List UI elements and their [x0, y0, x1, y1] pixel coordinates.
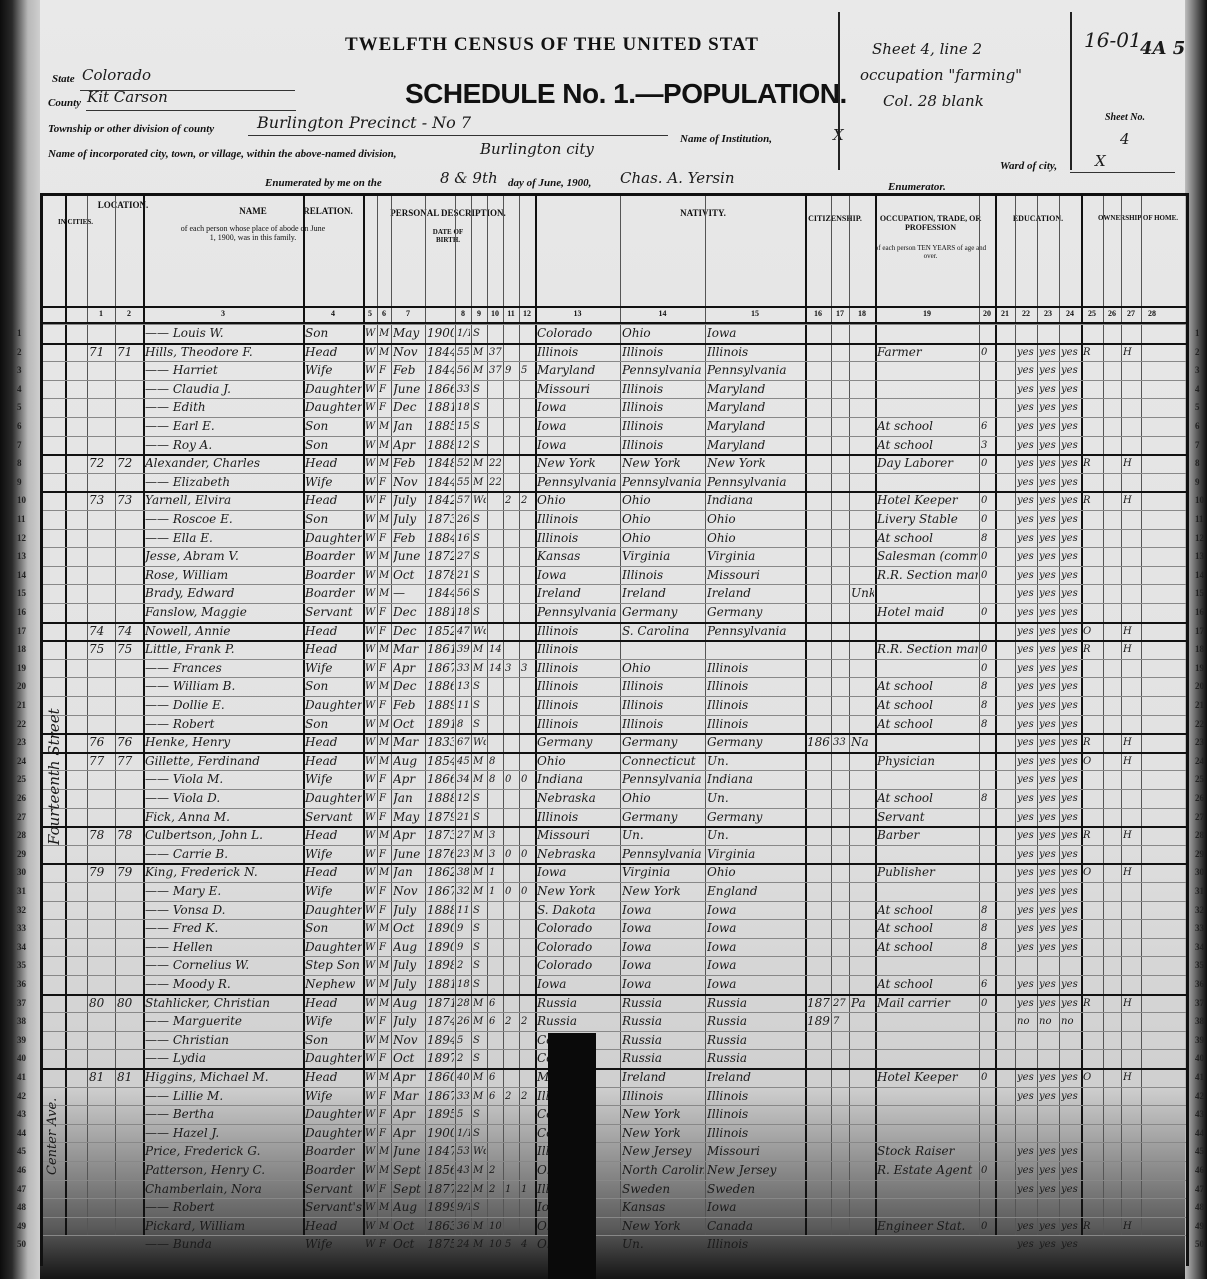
cell-mpob: Missouri: [707, 567, 804, 584]
cell-farm: H: [1123, 492, 1140, 509]
cell-write: yes: [1039, 883, 1058, 900]
cell-age: 18: [457, 604, 470, 621]
line-number: 50: [17, 1239, 26, 1249]
cell-mar: M: [473, 883, 486, 900]
column-number: 17: [831, 309, 849, 318]
cell-name: Pickard, William: [145, 1218, 302, 1235]
cell-rel: Head: [305, 641, 362, 658]
cell-occ: Servant: [877, 809, 978, 826]
column-divider: [979, 196, 980, 1236]
line-number: 16: [17, 607, 26, 617]
cell-yrs: 3: [489, 827, 502, 844]
cell-race: W: [365, 957, 376, 974]
county-value: Kit Carson: [87, 88, 168, 106]
cell-fpob: North Carolina: [622, 1162, 704, 1179]
line-number: 28: [1195, 830, 1204, 840]
cell-fpob: Virginia: [622, 548, 704, 565]
cell-month: Dec: [393, 399, 424, 416]
state-value: Colorado: [82, 66, 151, 84]
cell-name: —— Moody R.: [145, 976, 302, 993]
line-number: 32: [17, 905, 26, 915]
column-divider: [487, 196, 488, 1236]
line-number: 22: [17, 719, 26, 729]
cell-year: 1844: [427, 362, 454, 379]
cell-mar: S: [473, 604, 486, 621]
column-divider: [995, 196, 997, 1236]
cell-farm: H: [1123, 864, 1140, 881]
cell-fpob: New York: [622, 455, 704, 472]
cell-write: yes: [1039, 437, 1058, 454]
line-number: 14: [17, 570, 26, 580]
cell-mar: M: [473, 1013, 486, 1030]
cell-yrs: 3: [489, 846, 502, 863]
cell-mpob: Iowa: [707, 920, 804, 937]
cell-dw: 81: [89, 1069, 114, 1086]
cell-fpob: New Jersey: [622, 1143, 704, 1160]
cell-read: yes: [1017, 623, 1036, 640]
cell-mo: 0: [981, 1218, 994, 1235]
column-divider: [87, 196, 88, 1236]
cell-sex: M: [379, 678, 390, 695]
cell-pob: Kansas: [537, 548, 619, 565]
column-divider: [849, 196, 850, 1236]
cell-own: O: [1083, 1069, 1102, 1086]
cell-mar: S: [473, 325, 486, 342]
cell-month: Dec: [393, 604, 424, 621]
cell-mar: S: [473, 1050, 486, 1067]
cell-occ: Salesman (commercial): [877, 548, 978, 565]
cell-rel: Boarder: [305, 548, 362, 565]
cell-mar: M: [473, 995, 486, 1012]
cell-rel: Daughter: [305, 381, 362, 398]
cell-write: yes: [1039, 753, 1058, 770]
cell-occ: Day Laborer: [877, 455, 978, 472]
cell-mar: S: [473, 1106, 486, 1123]
cell-race: W: [365, 1143, 376, 1160]
cell-pob: Colorado: [537, 939, 619, 956]
cell-sex: M: [379, 567, 390, 584]
cell-age: 1/12: [457, 1125, 470, 1142]
note-line-1: Sheet 4, line 2: [872, 40, 982, 58]
column-number: 23: [1037, 309, 1059, 318]
cell-age: 15: [457, 418, 470, 435]
cell-month: June: [393, 846, 424, 863]
cell-year: 1878: [427, 567, 454, 584]
cell-race: W: [365, 325, 376, 342]
cell-eng: yes: [1061, 548, 1080, 565]
cell-mar: S: [473, 381, 486, 398]
cell-year: 1842: [427, 492, 454, 509]
cell-read: yes: [1017, 902, 1036, 919]
cell-year: 1866: [427, 381, 454, 398]
line-number: 6: [1195, 421, 1200, 431]
cell-liv: 2: [521, 1013, 534, 1030]
cell-year: 1867: [427, 660, 454, 677]
cell-age: 5: [457, 1106, 470, 1123]
cell-rel: Wife: [305, 1236, 362, 1253]
cell-race: W: [365, 474, 376, 491]
cell-own: R: [1083, 734, 1102, 751]
cell-write: yes: [1039, 548, 1058, 565]
header-ownership: OWNERSHIP OF HOME.: [1093, 214, 1183, 222]
cell-sex: F: [379, 530, 390, 547]
cell-month: Oct: [393, 920, 424, 937]
column-number: 19: [875, 309, 979, 318]
cell-name: Gillette, Ferdinand: [145, 753, 302, 770]
cell-year: 1874: [427, 1013, 454, 1030]
cell-age: 18: [457, 976, 470, 993]
cell-month: May: [393, 325, 424, 342]
cell-eng: yes: [1061, 809, 1080, 826]
line-number: 33: [1195, 923, 1204, 933]
cell-mpob: England: [707, 883, 804, 900]
cell-mpob: Indiana: [707, 771, 804, 788]
line-number: 13: [1195, 551, 1204, 561]
cell-occ: At school: [877, 790, 978, 807]
cell-name: —— Robert: [145, 1199, 302, 1216]
cell-mo: 0: [981, 1069, 994, 1086]
line-number: 39: [1195, 1035, 1204, 1045]
cell-month: Nov: [393, 883, 424, 900]
cell-eng: yes: [1061, 827, 1080, 844]
cell-mo: 0: [981, 492, 994, 509]
cell-mo: 6: [981, 976, 994, 993]
cell-sex: M: [379, 344, 390, 361]
cell-race: W: [365, 1088, 376, 1105]
cell-race: W: [365, 604, 376, 621]
cell-mpob: Iowa: [707, 957, 804, 974]
line-number: 48: [1195, 1202, 1204, 1212]
cell-sex: F: [379, 474, 390, 491]
cell-name: —— Hazel J.: [145, 1125, 302, 1142]
line-number: 25: [17, 774, 26, 784]
cell-mo: 0: [981, 344, 994, 361]
cell-mo: 8: [981, 716, 994, 733]
city-value: Burlington city: [480, 140, 594, 158]
cell-imm: 1873: [807, 995, 830, 1012]
cell-name: Little, Frank P.: [145, 641, 302, 658]
cell-year: 1867: [427, 1088, 454, 1105]
line-number: 9: [17, 477, 22, 487]
cell-race: W: [365, 734, 376, 751]
cell-mpob: Ohio: [707, 511, 804, 528]
cell-write: yes: [1039, 362, 1058, 379]
cell-yrs: 6: [489, 1069, 502, 1086]
column-number: 22: [1015, 309, 1037, 318]
column-divider: [391, 196, 392, 1236]
cell-race: W: [365, 976, 376, 993]
cell-rel: Head: [305, 995, 362, 1012]
cell-race: W: [365, 716, 376, 733]
cell-mpob: Iowa: [707, 976, 804, 993]
cell-year: 1848: [427, 455, 454, 472]
cell-sex: M: [379, 1069, 390, 1086]
cell-yrs: 10: [489, 1236, 502, 1253]
cell-mpob: Sweden: [707, 1181, 804, 1198]
cell-mpob: Ohio: [707, 530, 804, 547]
cell-farm: H: [1123, 641, 1140, 658]
cell-pob: Illinois: [537, 678, 619, 695]
cell-age: 9: [457, 939, 470, 956]
cell-race: W: [365, 864, 376, 881]
line-number: 40: [1195, 1053, 1204, 1063]
cell-write: yes: [1039, 1088, 1058, 1105]
cell-read: yes: [1017, 511, 1036, 528]
line-number: 41: [17, 1072, 26, 1082]
cell-month: Oct: [393, 716, 424, 733]
cell-own: O: [1083, 623, 1102, 640]
cell-month: July: [393, 902, 424, 919]
cell-yrs: 22: [489, 474, 502, 491]
line-number: 13: [17, 551, 26, 561]
cell-sex: M: [379, 437, 390, 454]
cell-sex: M: [379, 753, 390, 770]
cell-pob: Illinois: [537, 530, 619, 547]
cell-moth: 2: [505, 1013, 518, 1030]
cell-moth: 0: [505, 846, 518, 863]
cell-mar: S: [473, 902, 486, 919]
cell-year: 1888: [427, 790, 454, 807]
cell-rel: Son: [305, 920, 362, 937]
line-number: 40: [17, 1053, 26, 1063]
cell-age: 12: [457, 437, 470, 454]
cell-fpob: Illinois: [622, 678, 704, 695]
cell-mo: 3: [981, 437, 994, 454]
cell-fam: 72: [117, 455, 142, 472]
cell-age: 32: [457, 883, 470, 900]
column-divider: [65, 196, 67, 1236]
cell-rel: Head: [305, 344, 362, 361]
cell-mar: M: [473, 1181, 486, 1198]
cell-write: yes: [1039, 1218, 1058, 1235]
cell-pob: Illinois: [537, 641, 619, 658]
line-number: 38: [17, 1016, 26, 1026]
cell-sex: F: [379, 846, 390, 863]
cell-month: Feb: [393, 455, 424, 472]
cell-sex: F: [379, 883, 390, 900]
cell-occ: At school: [877, 418, 978, 435]
cell-write: yes: [1039, 1069, 1058, 1086]
cell-occ: R. Estate Agent: [877, 1162, 978, 1179]
cell-month: June: [393, 548, 424, 565]
cell-mpob: Russia: [707, 1032, 804, 1049]
cell-rel: Daughter: [305, 1125, 362, 1142]
column-number: 15: [705, 309, 805, 318]
cell-dw: 78: [89, 827, 114, 844]
cell-eng: yes: [1061, 697, 1080, 714]
cell-mpob: Russia: [707, 1050, 804, 1067]
cell-rel: Nephew: [305, 976, 362, 993]
cell-fpob: Germany: [622, 734, 704, 751]
column-divider: [455, 196, 456, 1236]
cell-write: no: [1039, 1013, 1058, 1030]
cell-fpob: Iowa: [622, 976, 704, 993]
cell-month: Sept: [393, 1181, 424, 1198]
cell-fpob: Ohio: [622, 660, 704, 677]
cell-own: R: [1083, 641, 1102, 658]
cell-year: 1891: [427, 716, 454, 733]
line-number: 43: [17, 1109, 26, 1119]
enumerated-suffix: day of June, 1900,: [508, 177, 591, 189]
line-number: 33: [17, 923, 26, 933]
cell-yrs: 6: [489, 995, 502, 1012]
cell-eng: yes: [1061, 418, 1080, 435]
cell-mpob: Un.: [707, 827, 804, 844]
cell-name: Culbertson, John L.: [145, 827, 302, 844]
line-number: 44: [17, 1128, 26, 1138]
cell-fpob: Ohio: [622, 790, 704, 807]
cell-year: 1898: [427, 957, 454, 974]
margin-street-center-ave: Center Ave.: [45, 1098, 60, 1175]
cell-fpob: Pennsylvania: [622, 771, 704, 788]
cell-sex: M: [379, 511, 390, 528]
cell-mpob: Germany: [707, 604, 804, 621]
cell-age: 47: [457, 623, 470, 640]
sheet-number: 4: [1120, 130, 1130, 148]
cell-rel: Daughter: [305, 530, 362, 547]
line-number: 44: [1195, 1128, 1204, 1138]
corner-code: 4A 5: [1140, 38, 1185, 59]
cell-age: 56: [457, 585, 470, 602]
cell-year: 1881: [427, 604, 454, 621]
cell-year: 1888: [427, 437, 454, 454]
column-number: 7: [391, 309, 425, 318]
cell-write: yes: [1039, 827, 1058, 844]
cell-mpob: Illinois: [707, 1088, 804, 1105]
cell-occ: At school: [877, 920, 978, 937]
cell-eng: yes: [1061, 753, 1080, 770]
cell-rel: Wife: [305, 771, 362, 788]
cell-fpob: Germany: [622, 809, 704, 826]
cell-pob: Nebraska: [537, 790, 619, 807]
cell-moth: 2: [505, 492, 518, 509]
cell-occ: Barber: [877, 827, 978, 844]
cell-mo: 8: [981, 678, 994, 695]
cell-age: 9/12: [457, 1199, 470, 1216]
cell-sex: M: [379, 585, 390, 602]
cell-write: yes: [1039, 660, 1058, 677]
line-number: 26: [17, 793, 26, 803]
cell-rel: Wife: [305, 1013, 362, 1030]
cell-race: W: [365, 790, 376, 807]
cell-rel: Daughter: [305, 939, 362, 956]
cell-pob: Colorado: [537, 957, 619, 974]
cell-pob: Illinois: [537, 660, 619, 677]
cell-mar: S: [473, 809, 486, 826]
line-number: 4: [1195, 384, 1200, 394]
cell-mar: M: [473, 455, 486, 472]
cell-liv: 5: [521, 362, 534, 379]
cell-read: yes: [1017, 604, 1036, 621]
cell-read: yes: [1017, 697, 1036, 714]
cell-write: yes: [1039, 809, 1058, 826]
cell-pob: Pennsylvania: [537, 474, 619, 491]
cell-eng: yes: [1061, 567, 1080, 584]
line-number: 35: [1195, 960, 1204, 970]
cell-pob: Ohio: [537, 492, 619, 509]
cell-mo: 0: [981, 1162, 994, 1179]
cell-fpob: Pennsylvania: [622, 362, 704, 379]
cell-name: —— Ella E.: [145, 530, 302, 547]
cell-sex: M: [379, 1218, 390, 1235]
cell-read: yes: [1017, 976, 1036, 993]
line-number: 12: [17, 533, 26, 543]
cell-sex: M: [379, 548, 390, 565]
cell-name: —— Cornelius W.: [145, 957, 302, 974]
cell-liv: 2: [521, 1088, 534, 1105]
cell-occ: Livery Stable: [877, 511, 978, 528]
cell-mar: S: [473, 976, 486, 993]
cell-own: R: [1083, 492, 1102, 509]
cell-mar: M: [473, 1218, 486, 1235]
cell-yrs: 22: [489, 455, 502, 472]
cell-write: yes: [1039, 771, 1058, 788]
cell-race: W: [365, 660, 376, 677]
cell-fpob: Germany: [622, 604, 704, 621]
cell-age: 45: [457, 753, 470, 770]
cell-race: W: [365, 344, 376, 361]
cell-race: W: [365, 1199, 376, 1216]
cell-read: yes: [1017, 455, 1036, 472]
cell-mpob: Virginia: [707, 846, 804, 863]
cell-sex: M: [379, 957, 390, 974]
cell-sex: F: [379, 771, 390, 788]
cell-rel: Servant: [305, 604, 362, 621]
cell-moth: 5: [505, 1236, 518, 1253]
cell-month: Nov: [393, 344, 424, 361]
cell-mar: S: [473, 1199, 486, 1216]
township-label: Township or other division of county: [48, 123, 214, 135]
cell-name: —— Viola D.: [145, 790, 302, 807]
cell-mo: 0: [981, 641, 994, 658]
cell-read: yes: [1017, 939, 1036, 956]
cell-occ: At school: [877, 437, 978, 454]
cell-month: Oct: [393, 1236, 424, 1253]
header-divider: [43, 306, 1186, 308]
cell-fpob: S. Carolina: [622, 623, 704, 640]
line-number: 23: [17, 737, 26, 747]
cell-mar: S: [473, 697, 486, 714]
cell-yrs: 1: [489, 883, 502, 900]
line-number: 10: [1195, 495, 1204, 505]
cell-mo: 0: [981, 511, 994, 528]
line-number: 14: [1195, 570, 1204, 580]
cell-month: —: [393, 585, 424, 602]
cell-mpob: Germany: [707, 734, 804, 751]
cell-rel: Daughter: [305, 790, 362, 807]
cell-rel: Son: [305, 437, 362, 454]
cell-race: W: [365, 511, 376, 528]
cell-read: yes: [1017, 1162, 1036, 1179]
cell-rel: Step Son: [305, 957, 362, 974]
cell-yrs: 37: [489, 362, 502, 379]
cell-name: Stahlicker, Christian: [145, 995, 302, 1012]
cell-year: 1854: [427, 753, 454, 770]
note-line-2: occupation "farming": [860, 66, 1022, 84]
cell-read: yes: [1017, 362, 1036, 379]
cell-dw: 72: [89, 455, 114, 472]
column-number: 5: [363, 309, 377, 318]
cell-mar: M: [473, 1236, 486, 1253]
cell-mpob: Ohio: [707, 864, 804, 881]
cell-occ: Physician: [877, 753, 978, 770]
line-number: 37: [1195, 998, 1204, 1008]
cell-mar: S: [473, 920, 486, 937]
cell-write: yes: [1039, 418, 1058, 435]
cell-month: Oct: [393, 1050, 424, 1067]
cell-rel: Daughter: [305, 1050, 362, 1067]
cell-write: yes: [1039, 790, 1058, 807]
